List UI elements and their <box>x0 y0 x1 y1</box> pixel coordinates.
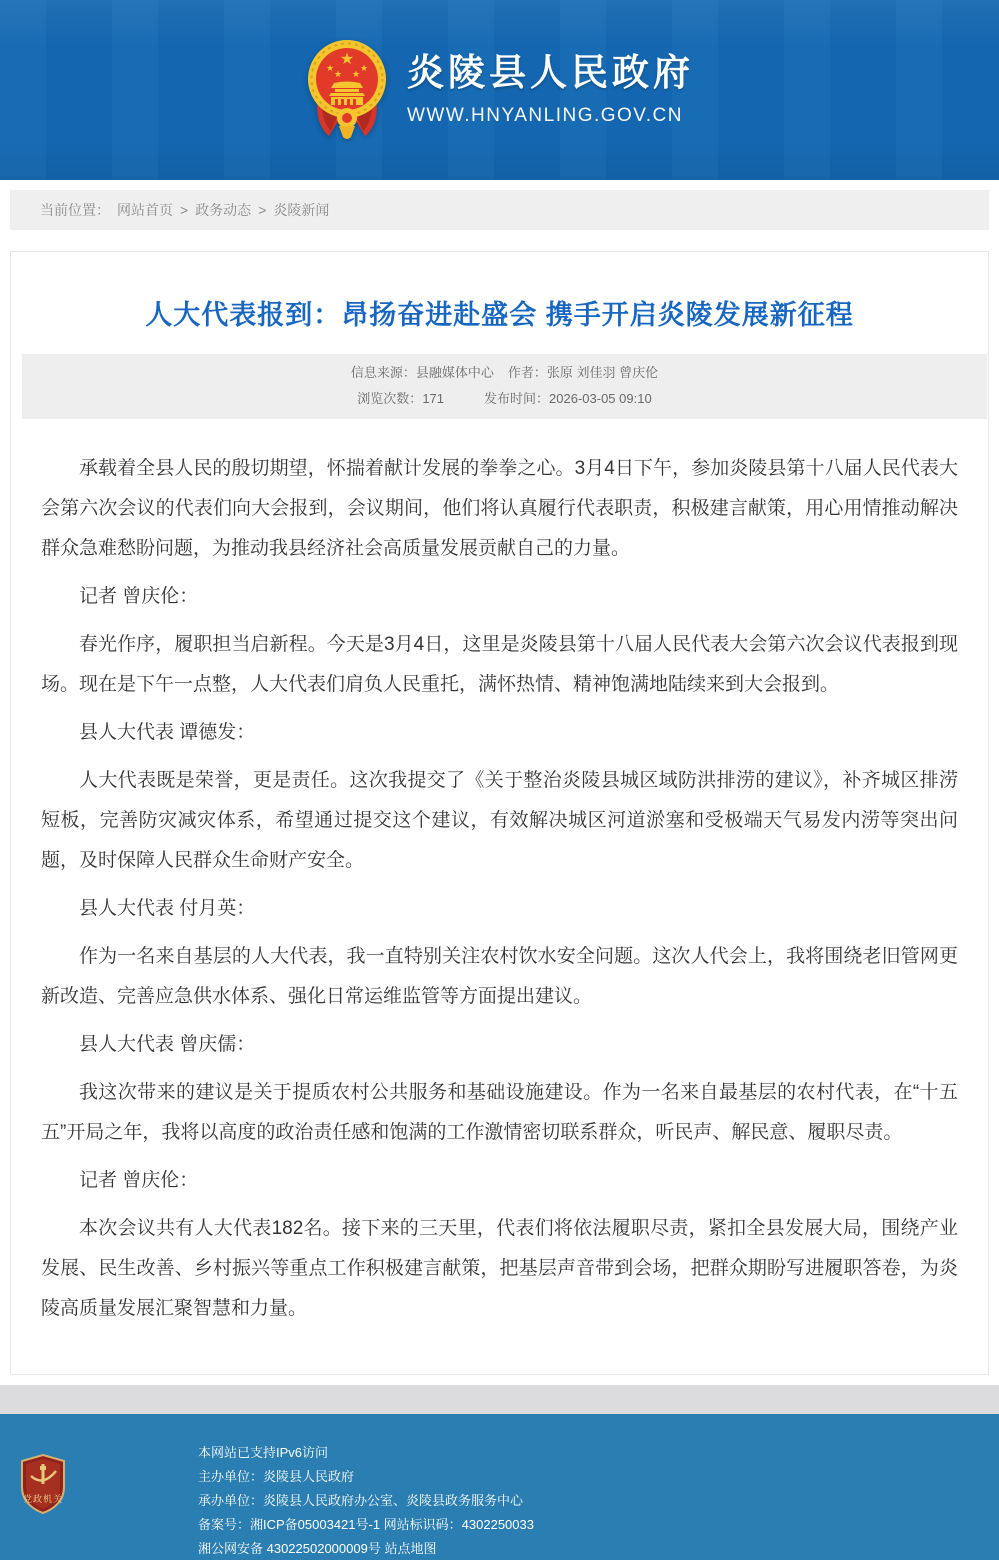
footer-line-icp: 备案号：湘ICP备05003421号-1 网站标识码：4302250033 <box>198 1513 534 1537</box>
page: ★ ★ ★ ★ ★ 炎陵县人民政府 WWW <box>0 0 999 1560</box>
breadcrumb-item-news[interactable]: 炎陵新闻 <box>273 200 329 220</box>
meta-views-label: 浏览次数： <box>357 391 422 406</box>
header-brand[interactable]: ★ ★ ★ ★ ★ 炎陵县人民政府 WWW <box>305 33 694 147</box>
article-paragraph: 县人大代表 付月英： <box>41 889 958 929</box>
site-title-block: 炎陵县人民政府 WWW.HNYANLING.GOV.CN <box>407 53 694 127</box>
svg-text:★: ★ <box>360 63 368 73</box>
sitemap-link[interactable]: 站点地图 <box>384 1541 436 1556</box>
article-paragraph: 我这次带来的建议是关于提质农村公共服务和基础设施建设。作为一名来自最基层的农村代… <box>41 1073 958 1153</box>
article-paragraph: 记者 曾庆伦： <box>41 577 958 617</box>
security-record-number: 湘公网安备 43022502000009号 <box>198 1541 381 1556</box>
site-name[interactable]: 炎陵县人民政府 <box>407 53 694 94</box>
breadcrumb-item-zhengwu[interactable]: 政务动态 <box>195 200 251 220</box>
svg-text:★: ★ <box>352 69 360 79</box>
pre-footer-band <box>0 1385 999 1414</box>
site-header: ★ ★ ★ ★ ★ 炎陵县人民政府 WWW <box>0 0 999 180</box>
meta-publish-time: 2026-03-05 09:10 <box>549 391 652 406</box>
meta-author-label: 作者： <box>508 365 547 380</box>
breadcrumb-separator: > <box>180 202 188 218</box>
site-footer: 党政机关 本网站已支持IPv6访问 主办单位：炎陵县人民政府 承办单位：炎陵县人… <box>0 1414 999 1560</box>
meta-views-count: 171 <box>422 391 444 406</box>
article-meta-bar: 信息来源：县融媒体中心作者：张原 刘佳羽 曾庆伦 浏览次数：171发布时间：20… <box>22 354 987 419</box>
footer-line-organizer: 承办单位：炎陵县人民政府办公室、炎陵县政务服务中心 <box>198 1489 534 1513</box>
article-card: 人大代表报到：昂扬奋进赴盛会 携手开启炎陵发展新征程 信息来源：县融媒体中心作者… <box>10 251 989 1375</box>
meta-author: 张原 刘佳羽 曾庆伦 <box>547 365 658 380</box>
footer-line-security: 湘公网安备 43022502000009号 站点地图 <box>198 1537 534 1560</box>
article-body: 承载着全县人民的殷切期望，怀揣着献计发展的拳拳之心。3月4日下午，参加炎陵县第十… <box>41 449 958 1329</box>
article-paragraph: 作为一名来自基层的人大代表，我一直特别关注农村饮水安全问题。这次人代会上，我将围… <box>41 937 958 1017</box>
article-paragraph: 人大代表既是荣誉，更是责任。这次我提交了《关于整治炎陵县城区域防洪排涝的建议》，… <box>41 761 958 881</box>
breadcrumb: 当前位置： 网站首页 > 政务动态 > 炎陵新闻 <box>10 190 989 230</box>
article-title: 人大代表报到：昂扬奋进赴盛会 携手开启炎陵发展新征程 <box>41 298 958 333</box>
site-url[interactable]: WWW.HNYANLING.GOV.CN <box>407 105 694 127</box>
footer-info: 本网站已支持IPv6访问 主办单位：炎陵县人民政府 承办单位：炎陵县人民政府办公… <box>198 1441 534 1560</box>
article-paragraph: 记者 曾庆伦： <box>41 1161 958 1201</box>
meta-line-views-time: 浏览次数：171发布时间：2026-03-05 09:10 <box>22 386 987 412</box>
meta-publish-label: 发布时间： <box>484 391 549 406</box>
article-paragraph: 本次会议共有人大代表182名。接下来的三天里，代表们将依法履职尽责，紧扣全县发展… <box>41 1209 958 1329</box>
svg-text:★: ★ <box>326 63 334 73</box>
meta-source: 县融媒体中心 <box>416 365 494 380</box>
svg-text:★: ★ <box>340 51 354 68</box>
party-gov-badge-icon[interactable]: 党政机关 <box>18 1454 68 1514</box>
svg-text:★: ★ <box>334 69 342 79</box>
footer-line-host: 主办单位：炎陵县人民政府 <box>198 1465 534 1489</box>
breadcrumb-label: 当前位置： <box>40 200 110 220</box>
article-paragraph: 春光作序，履职担当启新程。今天是3月4日，这里是炎陵县第十八届人民代表大会第六次… <box>41 625 958 705</box>
meta-line-source-author: 信息来源：县融媒体中心作者：张原 刘佳羽 曾庆伦 <box>22 360 987 386</box>
article-paragraph: 县人大代表 谭德发： <box>41 713 958 753</box>
national-emblem-icon: ★ ★ ★ ★ ★ <box>305 33 389 147</box>
badge-label: 党政机关 <box>23 1493 63 1504</box>
breadcrumb-item-home[interactable]: 网站首页 <box>117 200 173 220</box>
meta-source-label: 信息来源： <box>351 365 416 380</box>
article-paragraph: 承载着全县人民的殷切期望，怀揣着献计发展的拳拳之心。3月4日下午，参加炎陵县第十… <box>41 449 958 569</box>
footer-line-ipv6: 本网站已支持IPv6访问 <box>198 1441 534 1465</box>
article-paragraph: 县人大代表 曾庆儒： <box>41 1025 958 1065</box>
breadcrumb-separator: > <box>258 202 266 218</box>
